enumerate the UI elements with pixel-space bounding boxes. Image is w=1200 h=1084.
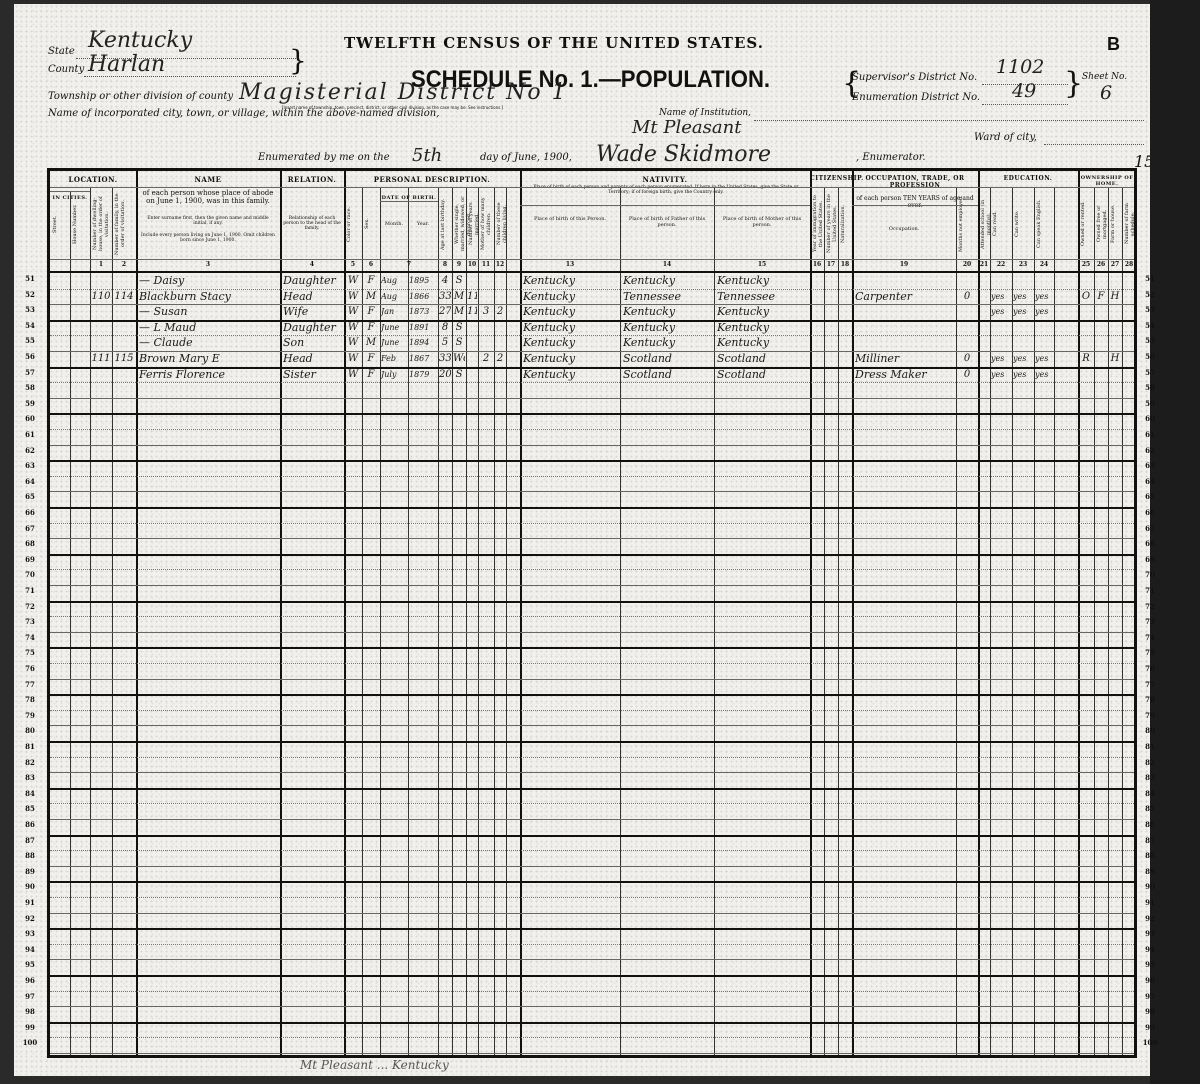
header-citizenship: CITIZENSHIP. bbox=[810, 175, 852, 182]
cell-english: yes bbox=[1035, 368, 1053, 382]
column-label: Month. bbox=[380, 221, 408, 227]
column-number: 26 bbox=[1094, 261, 1108, 268]
row-rule bbox=[50, 897, 1134, 898]
cell-mother-of: 2 bbox=[479, 352, 493, 366]
column-number: 8 bbox=[438, 261, 452, 268]
cell-father-birth: Kentucky bbox=[623, 321, 713, 335]
line-number: 71 bbox=[1140, 586, 1160, 595]
line-number: 55 bbox=[1140, 336, 1160, 345]
row-rule bbox=[50, 382, 1134, 383]
column-number: 13 bbox=[520, 261, 620, 268]
cell-name: — Susan bbox=[139, 305, 279, 319]
cell-name: — Claude bbox=[139, 336, 279, 350]
cell-month: June bbox=[381, 336, 407, 350]
line-number: 71 bbox=[20, 586, 40, 595]
cell-month: Jan bbox=[381, 305, 407, 319]
enumeration-value: 49 bbox=[1012, 80, 1036, 102]
brace: } bbox=[1064, 66, 1083, 101]
cell-marital: S bbox=[453, 336, 465, 350]
header-relation-desc: Relationship of each person to the head … bbox=[282, 216, 342, 231]
row-rule bbox=[50, 663, 1134, 664]
row-rule bbox=[50, 632, 1134, 633]
line-number: 61 bbox=[20, 430, 40, 439]
line-number: 99 bbox=[1140, 1023, 1160, 1032]
line-number: 69 bbox=[1140, 555, 1160, 564]
line-number: 81 bbox=[1140, 742, 1160, 751]
cell-read: yes bbox=[991, 352, 1011, 366]
cell-months-unemployed: 0 bbox=[957, 368, 977, 382]
cell-father-birth: Tennessee bbox=[623, 290, 713, 304]
line-number: 89 bbox=[20, 867, 40, 876]
line-number: 74 bbox=[1140, 633, 1160, 642]
row-rule bbox=[50, 866, 1134, 867]
cell-write: yes bbox=[1013, 352, 1033, 366]
column-number: 25 bbox=[1078, 261, 1094, 268]
cell-age: 5 bbox=[439, 336, 451, 350]
cell-birth: Kentucky bbox=[523, 368, 619, 382]
cell-children-living: 2 bbox=[495, 305, 505, 319]
row-rule bbox=[50, 429, 1134, 430]
column-number: 9 bbox=[452, 261, 466, 268]
line-number: 80 bbox=[20, 726, 40, 735]
cell-marital: Wd bbox=[453, 352, 465, 366]
header-location: LOCATION. bbox=[50, 175, 136, 184]
city-value: Mt Pleasant bbox=[632, 117, 741, 138]
line-number: 74 bbox=[20, 633, 40, 642]
line-number: 80 bbox=[1140, 726, 1160, 735]
line-number: 61 bbox=[1140, 430, 1160, 439]
row-rule bbox=[50, 959, 1134, 960]
row-rule bbox=[50, 1006, 1134, 1007]
line-number: 98 bbox=[1140, 1007, 1160, 1016]
cell-father-birth: Scotland bbox=[623, 368, 713, 382]
cell-write: yes bbox=[1013, 368, 1033, 382]
row-rule bbox=[50, 445, 1134, 446]
ward-label: Ward of city, bbox=[974, 132, 1037, 143]
column-number: 20 bbox=[956, 261, 978, 268]
column-number: 17 bbox=[824, 261, 838, 268]
column-label: Number of years married. bbox=[468, 193, 476, 255]
header-sub-rule bbox=[520, 205, 810, 206]
sheet-value: 6 bbox=[1100, 82, 1112, 104]
cell-age: 8 bbox=[439, 321, 451, 335]
census-title: TWELFTH CENSUS OF THE UNITED STATES. bbox=[344, 34, 764, 52]
cell-relation: Head bbox=[283, 352, 343, 366]
column-number: 5 bbox=[344, 261, 362, 268]
row-rule bbox=[50, 944, 1134, 945]
row-rule bbox=[50, 694, 1134, 696]
ward-line bbox=[1044, 144, 1144, 145]
line-number: 84 bbox=[20, 789, 40, 798]
line-number: 92 bbox=[1140, 914, 1160, 923]
county-value: Harlan bbox=[88, 52, 165, 77]
row-rule bbox=[50, 991, 1134, 992]
cell-mother-birth: Kentucky bbox=[717, 305, 809, 319]
row-rule bbox=[50, 538, 1134, 539]
cell-father-birth: Kentucky bbox=[623, 274, 713, 288]
column-label: Whether single, married, widowed, or div… bbox=[454, 193, 464, 255]
cell-year: 1891 bbox=[409, 321, 437, 335]
cell-dwelling: 111 bbox=[91, 352, 111, 366]
cell-write: yes bbox=[1013, 305, 1033, 319]
cell-color: W bbox=[345, 352, 361, 366]
cell-farm: H bbox=[1109, 352, 1121, 366]
cell-month: Feb bbox=[381, 352, 407, 366]
cell-age: 20 bbox=[439, 368, 451, 382]
cell-farm: H bbox=[1109, 290, 1121, 304]
cell-year: 1894 bbox=[409, 336, 437, 350]
line-number: 86 bbox=[20, 820, 40, 829]
line-number: 68 bbox=[20, 539, 40, 548]
line-number: 68 bbox=[1140, 539, 1160, 548]
row-rule bbox=[50, 757, 1134, 758]
line-number: 87 bbox=[20, 836, 40, 845]
cell-months-unemployed: 0 bbox=[957, 290, 977, 304]
line-number: 78 bbox=[1140, 695, 1160, 704]
population-table: LOCATION. IN CITIES. NAME of each person… bbox=[47, 168, 1137, 1058]
cell-year: 1866 bbox=[409, 290, 437, 304]
line-number: 72 bbox=[20, 602, 40, 611]
column-label: Farm or house. bbox=[1110, 193, 1120, 255]
row-rule bbox=[50, 523, 1134, 524]
column-label: Number of farm schedule. bbox=[1124, 193, 1134, 255]
column-number: 28 bbox=[1122, 261, 1136, 268]
cell-free: F bbox=[1095, 290, 1107, 304]
line-number: 76 bbox=[1140, 664, 1160, 673]
cell-name: Brown Mary E bbox=[139, 352, 279, 366]
line-number: 62 bbox=[20, 446, 40, 455]
cell-relation: Daughter bbox=[283, 274, 343, 288]
row-rule bbox=[50, 975, 1134, 977]
row-rule bbox=[50, 835, 1134, 837]
cell-sex: M bbox=[363, 336, 379, 350]
cell-english: yes bbox=[1035, 352, 1053, 366]
line-number: 67 bbox=[1140, 524, 1160, 533]
cell-birth: Kentucky bbox=[523, 352, 619, 366]
cell-read: yes bbox=[991, 305, 1011, 319]
column-divider bbox=[838, 187, 839, 1055]
line-number: 60 bbox=[1140, 414, 1160, 423]
line-number: 99 bbox=[20, 1023, 40, 1032]
cell-marital: S bbox=[453, 321, 465, 335]
cell-age: 33 bbox=[439, 290, 451, 304]
column-label: Place of birth of this Person. bbox=[520, 216, 620, 222]
line-number: 56 bbox=[1140, 352, 1160, 361]
line-number: 53 bbox=[20, 305, 40, 314]
column-number-rule bbox=[50, 271, 1134, 273]
enumeration-line bbox=[982, 104, 1068, 105]
line-number: 58 bbox=[20, 383, 40, 392]
cell-mother-birth: Tennessee bbox=[717, 290, 809, 304]
cell-years-married: 11 bbox=[467, 290, 477, 304]
line-number: 93 bbox=[1140, 929, 1160, 938]
header-name: NAME bbox=[136, 175, 280, 184]
column-number: 18 bbox=[838, 261, 852, 268]
line-number: 64 bbox=[1140, 477, 1160, 486]
line-number: 82 bbox=[1140, 758, 1160, 767]
cell-family: 114 bbox=[113, 290, 135, 304]
row-rule bbox=[50, 710, 1134, 711]
column-label: Number of these children living. bbox=[496, 193, 504, 255]
line-number: 86 bbox=[1140, 820, 1160, 829]
line-number: 94 bbox=[20, 945, 40, 954]
township-value: Magisterial District No 1 bbox=[239, 80, 568, 105]
line-number: 97 bbox=[20, 992, 40, 1001]
cell-birth: Kentucky bbox=[523, 305, 619, 319]
cell-occupation: Dress Maker bbox=[855, 368, 955, 382]
cell-sex: F bbox=[363, 368, 379, 382]
line-number: 57 bbox=[20, 368, 40, 377]
row-rule bbox=[50, 460, 1134, 462]
line-number: 65 bbox=[1140, 492, 1160, 501]
cell-english: yes bbox=[1035, 290, 1053, 304]
column-number: 21 bbox=[978, 261, 990, 268]
enumerated-prefix: Enumerated by me on the bbox=[258, 152, 390, 163]
line-number: 83 bbox=[20, 773, 40, 782]
column-divider bbox=[1094, 187, 1095, 1055]
cell-name: Ferris Florence bbox=[139, 368, 279, 382]
column-label: Can write. bbox=[1014, 193, 1032, 255]
township-label: Township or other division of county bbox=[48, 91, 233, 102]
header-rule bbox=[50, 259, 1134, 260]
header-name-desc: of each person whose place of abode on J… bbox=[140, 189, 276, 205]
line-number: 73 bbox=[20, 617, 40, 626]
line-number: 60 bbox=[20, 414, 40, 423]
column-divider bbox=[1054, 187, 1055, 1055]
row-rule bbox=[50, 819, 1134, 820]
line-number: 51 bbox=[1140, 274, 1160, 283]
line-number: 90 bbox=[1140, 882, 1160, 891]
column-label: Attended school (in months). bbox=[980, 193, 988, 255]
line-number: 96 bbox=[1140, 976, 1160, 985]
line-number: 96 bbox=[20, 976, 40, 985]
enumerator-name: Wade Skidmore bbox=[596, 142, 771, 167]
enumerator-label: , Enumerator. bbox=[856, 152, 926, 163]
cell-owned: O bbox=[1079, 290, 1093, 304]
cell-color: W bbox=[345, 368, 361, 382]
cell-age: 33 bbox=[439, 352, 451, 366]
cell-father-birth: Scotland bbox=[623, 352, 713, 366]
cell-color: W bbox=[345, 321, 361, 335]
column-divider bbox=[90, 187, 91, 1055]
line-number: 98 bbox=[20, 1007, 40, 1016]
header-ownership: OWNERSHIP OF HOME. bbox=[1078, 175, 1136, 187]
line-number: 70 bbox=[1140, 570, 1160, 579]
header-nativity: NATIVITY. bbox=[520, 175, 810, 184]
county-label: County bbox=[48, 64, 84, 75]
column-divider bbox=[1108, 187, 1109, 1055]
row-rule bbox=[50, 928, 1134, 930]
cell-mother-birth: Kentucky bbox=[717, 274, 809, 288]
cell-children-living: 2 bbox=[495, 352, 505, 366]
row-rule bbox=[50, 850, 1134, 851]
column-label: Mother of how many children. bbox=[480, 193, 492, 255]
row-rule bbox=[50, 679, 1134, 680]
line-number: 89 bbox=[1140, 867, 1160, 876]
line-number: 57 bbox=[1140, 368, 1160, 377]
line-number: 63 bbox=[1140, 461, 1160, 470]
row-rule bbox=[50, 803, 1134, 804]
row-rule bbox=[50, 741, 1134, 743]
column-divider bbox=[506, 187, 507, 1055]
cell-age: 4 bbox=[439, 274, 451, 288]
column-label: Naturalization. bbox=[840, 193, 850, 255]
cell-color: W bbox=[345, 336, 361, 350]
cell-read: yes bbox=[991, 368, 1011, 382]
column-divider bbox=[112, 187, 113, 1055]
cell-mother-birth: Scotland bbox=[717, 352, 809, 366]
header-name-note1: Enter surname first, then the given name… bbox=[140, 216, 276, 226]
line-number: 77 bbox=[20, 680, 40, 689]
line-number: 54 bbox=[20, 321, 40, 330]
enumerated-day: 5th bbox=[412, 145, 442, 166]
cell-dwelling: 110 bbox=[91, 290, 111, 304]
cell-birth: Kentucky bbox=[523, 336, 619, 350]
line-number: 88 bbox=[20, 851, 40, 860]
column-number: 23 bbox=[1012, 261, 1034, 268]
column-label: Sex. bbox=[364, 193, 378, 255]
row-rule bbox=[50, 616, 1134, 617]
column-number: 10 bbox=[466, 261, 478, 268]
cell-owned: R bbox=[1079, 352, 1093, 366]
line-number: 59 bbox=[1140, 399, 1160, 408]
column-number: 12 bbox=[494, 261, 506, 268]
cell-mother-birth: Kentucky bbox=[717, 336, 809, 350]
footer-note: Mt Pleasant ... Kentucky bbox=[300, 1058, 449, 1072]
column-label: Number of dwelling-house, in the order o… bbox=[92, 193, 110, 255]
cell-name: Blackburn Stacy bbox=[139, 290, 279, 304]
column-label: Place of birth of Mother of this person. bbox=[714, 216, 810, 228]
cell-year: 1867 bbox=[409, 352, 437, 366]
city-label: Name of incorporated city, town, or vill… bbox=[48, 108, 439, 119]
cell-year: 1895 bbox=[409, 274, 437, 288]
line-number: 63 bbox=[20, 461, 40, 470]
row-rule bbox=[50, 788, 1134, 790]
row-rule bbox=[50, 1037, 1134, 1038]
header-sub-rule bbox=[380, 201, 438, 202]
column-number: 2 bbox=[112, 261, 136, 268]
cell-father-birth: Kentucky bbox=[623, 336, 713, 350]
row-rule bbox=[50, 601, 1134, 603]
column-label: Occupation. bbox=[852, 226, 956, 232]
cell-birth: Kentucky bbox=[523, 290, 619, 304]
cell-year: 1873 bbox=[409, 305, 437, 319]
form-letter: B bbox=[1107, 34, 1120, 55]
cell-father-birth: Kentucky bbox=[623, 305, 713, 319]
line-number: 75 bbox=[20, 648, 40, 657]
line-number: 94 bbox=[1140, 945, 1160, 954]
column-divider bbox=[714, 187, 715, 1055]
cell-occupation: Milliner bbox=[855, 352, 955, 366]
line-number: 73 bbox=[1140, 617, 1160, 626]
column-label: Year of immigration to the United States… bbox=[812, 193, 822, 255]
cell-mother-of: 3 bbox=[479, 305, 493, 319]
row-rule bbox=[50, 554, 1134, 556]
cell-birth: Kentucky bbox=[523, 321, 619, 335]
cell-write: yes bbox=[1013, 290, 1033, 304]
line-number: 72 bbox=[1140, 602, 1160, 611]
line-number: 76 bbox=[20, 664, 40, 673]
line-number: 55 bbox=[20, 336, 40, 345]
cell-sex: F bbox=[363, 305, 379, 319]
header-name-note2: Include every person living on June 1, 1… bbox=[140, 233, 276, 243]
column-label: Can read. bbox=[992, 193, 1010, 255]
cell-relation: Head bbox=[283, 290, 343, 304]
header-relation: RELATION. bbox=[280, 175, 344, 184]
line-number: 88 bbox=[1140, 851, 1160, 860]
column-number: 19 bbox=[852, 261, 956, 268]
column-number: 6 bbox=[362, 261, 380, 268]
line-number: 64 bbox=[20, 477, 40, 486]
cell-sex: F bbox=[363, 321, 379, 335]
cell-marital: S bbox=[453, 274, 465, 288]
column-label: Street. bbox=[52, 193, 68, 255]
column-divider bbox=[620, 187, 621, 1055]
line-number: 95 bbox=[20, 960, 40, 969]
line-number: 85 bbox=[20, 804, 40, 813]
line-number: 75 bbox=[1140, 648, 1160, 657]
cell-relation: Wife bbox=[283, 305, 343, 319]
row-rule bbox=[50, 881, 1134, 883]
row-rule bbox=[50, 1022, 1134, 1024]
cell-relation: Sister bbox=[283, 368, 343, 382]
cell-year: 1879 bbox=[409, 368, 437, 382]
line-number: 79 bbox=[1140, 711, 1160, 720]
line-number: 58 bbox=[1140, 383, 1160, 392]
cell-color: W bbox=[345, 305, 361, 319]
column-number: 4 bbox=[280, 261, 344, 268]
cell-mother-birth: Kentucky bbox=[717, 321, 809, 335]
state-label: State bbox=[48, 46, 75, 57]
column-number: 11 bbox=[478, 261, 494, 268]
line-number: 53 bbox=[1140, 305, 1160, 314]
cell-read: yes bbox=[991, 290, 1011, 304]
column-number: 14 bbox=[620, 261, 714, 268]
line-number: 54 bbox=[1140, 321, 1160, 330]
sheet-label: Sheet No. bbox=[1082, 72, 1127, 82]
line-number: 52 bbox=[1140, 290, 1160, 299]
cell-sex: F bbox=[363, 274, 379, 288]
row-rule bbox=[50, 913, 1134, 914]
line-number: 97 bbox=[1140, 992, 1160, 1001]
line-number: 78 bbox=[20, 695, 40, 704]
supervisor-value: 1102 bbox=[996, 56, 1044, 78]
cell-months-unemployed: 0 bbox=[957, 352, 977, 366]
cell-sex: F bbox=[363, 352, 379, 366]
group-header-rule bbox=[50, 187, 1134, 188]
line-number: 66 bbox=[20, 508, 40, 517]
line-number: 51 bbox=[20, 274, 40, 283]
cell-month: Aug bbox=[381, 290, 407, 304]
column-number: 16 bbox=[810, 261, 824, 268]
column-label: Year. bbox=[408, 221, 438, 227]
line-number: 81 bbox=[20, 742, 40, 751]
line-number: 79 bbox=[20, 711, 40, 720]
header-sub-rule bbox=[852, 205, 978, 206]
row-rule bbox=[50, 398, 1134, 399]
line-number: 91 bbox=[20, 898, 40, 907]
line-number: 100 bbox=[1140, 1038, 1160, 1047]
cell-age: 27 bbox=[439, 305, 451, 319]
row-rule bbox=[50, 585, 1134, 586]
line-number: 83 bbox=[1140, 773, 1160, 782]
column-label: Owned free or mortgaged. bbox=[1096, 193, 1106, 255]
supervisor-label: Supervisor's District No. bbox=[852, 72, 977, 83]
cell-color: W bbox=[345, 274, 361, 288]
column-label: Place of birth of Father of this person. bbox=[620, 216, 714, 228]
line-number: 67 bbox=[20, 524, 40, 533]
row-rule bbox=[50, 1053, 1134, 1054]
